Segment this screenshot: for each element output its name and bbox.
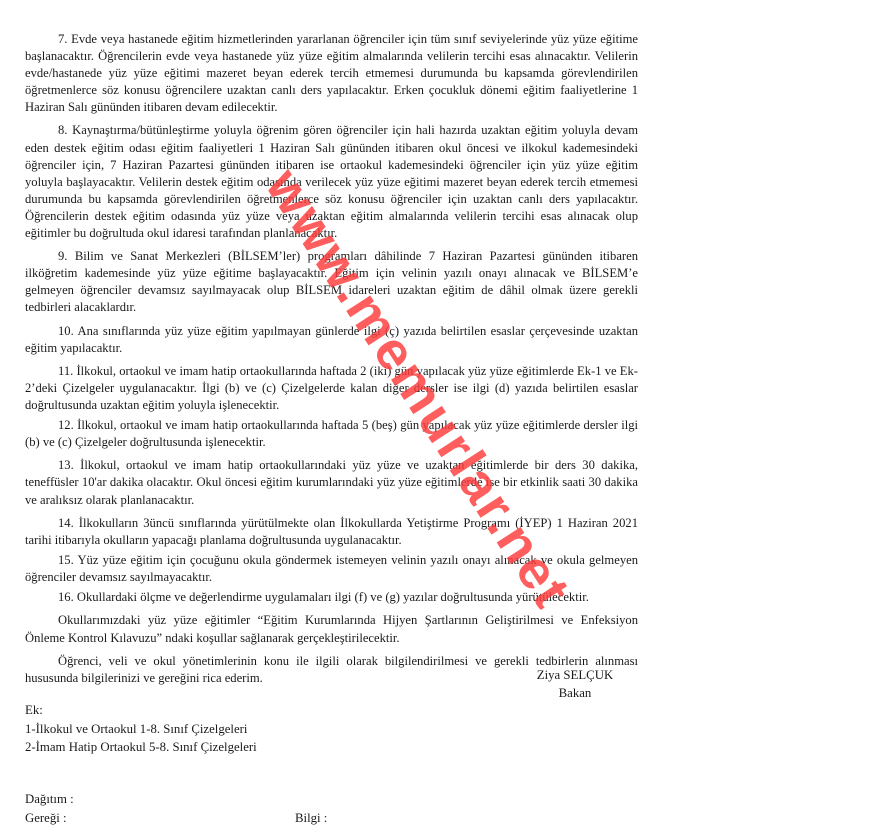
paragraph-16: 16. Okullardaki ölçme ve değerlendirme u…: [25, 589, 638, 606]
paragraph-8: 8. Kaynaştırma/bütünleştirme yoluyla öğr…: [25, 122, 638, 242]
attachment-item: 2-İmam Hatip Ortaokul 5-8. Sınıf Çizelge…: [25, 738, 257, 757]
paragraph-10: 10. Ana sınıflarında yüz yüze eğitim yap…: [25, 323, 638, 357]
attachments-label: Ek:: [25, 701, 257, 720]
paragraph-9: 9. Bilim ve Sanat Merkezleri (BİLSEM’ler…: [25, 248, 638, 316]
paragraph-12: 12. İlkokul, ortaokul ve imam hatip orta…: [25, 417, 638, 451]
paragraph-11: 11. İlkokul, ortaokul ve imam hatip orta…: [25, 363, 638, 414]
distribution-block: Dağıtım : Gereği : Bilgi :: [25, 790, 425, 827]
signatory-name: Ziya SELÇUK: [520, 666, 630, 684]
paragraph-hygiene: Okullarımızdaki yüz yüze eğitimler “Eğit…: [25, 612, 638, 646]
paragraph-13: 13. İlkokul, ortaokul ve imam hatip orta…: [25, 457, 638, 508]
signatory-title: Bakan: [520, 684, 630, 702]
paragraph-7: 7. Evde veya hastanede eğitim hizmetleri…: [25, 31, 638, 116]
distribution-label: Dağıtım :: [25, 792, 74, 806]
paragraph-14: 14. İlkokulların 3üncü sınıflarında yürü…: [25, 515, 638, 549]
paragraph-15: 15. Yüz yüze eğitim için çocuğunu okula …: [25, 552, 638, 586]
document-body: 7. Evde veya hastanede eğitim hizmetleri…: [25, 31, 638, 690]
attachments-list: Ek: 1-İlkokul ve Ortaokul 1-8. Sınıf Çiz…: [25, 701, 257, 757]
signature-block: Ziya SELÇUK Bakan: [520, 666, 630, 702]
attachment-item: 1-İlkokul ve Ortaokul 1-8. Sınıf Çizelge…: [25, 720, 257, 739]
distribution-info-label: Bilgi :: [295, 809, 327, 828]
distribution-action-label: Gereği :: [25, 811, 67, 825]
